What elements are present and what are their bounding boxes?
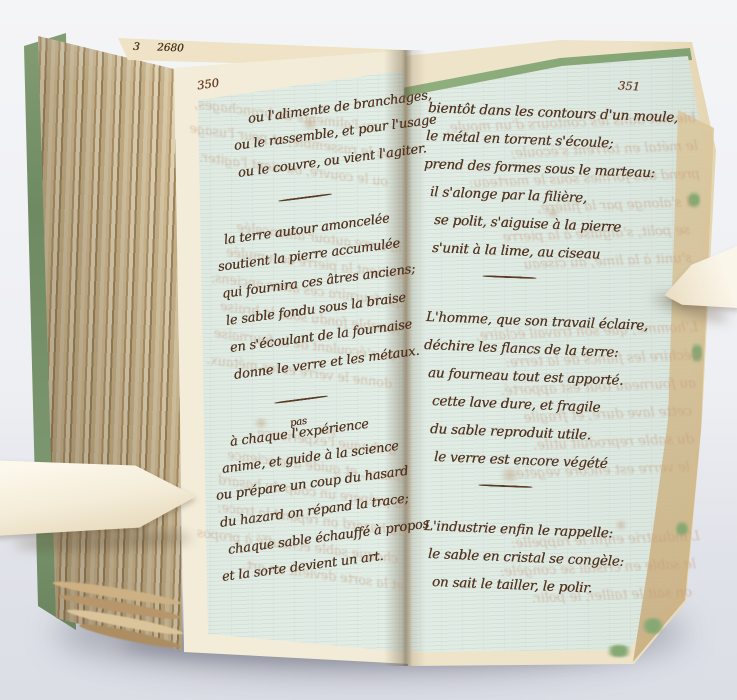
green-cover-remnant: [640, 618, 666, 634]
interlinear-insert: pas: [288, 408, 308, 437]
edge-inventory-mark: 2680: [157, 42, 184, 55]
bone-folder-right: [658, 244, 737, 324]
bone-folder-blade: [658, 244, 737, 324]
right-page-number: 351: [618, 78, 641, 93]
photo-of-open-manuscript-book: 3 2680 350 351 ou l'alimente de branchag…: [0, 0, 737, 700]
bone-folder-left: [0, 452, 196, 536]
green-cover-remnant: [604, 645, 634, 657]
edge-inventory-mark: 3: [133, 41, 141, 53]
right-page-handwriting: bientôt dans les contours d'un moule, le…: [424, 94, 700, 596]
bone-folder-blade: [0, 452, 196, 536]
left-page-handwriting: ou l'alimente de branchages, ou le rasse…: [212, 106, 414, 591]
